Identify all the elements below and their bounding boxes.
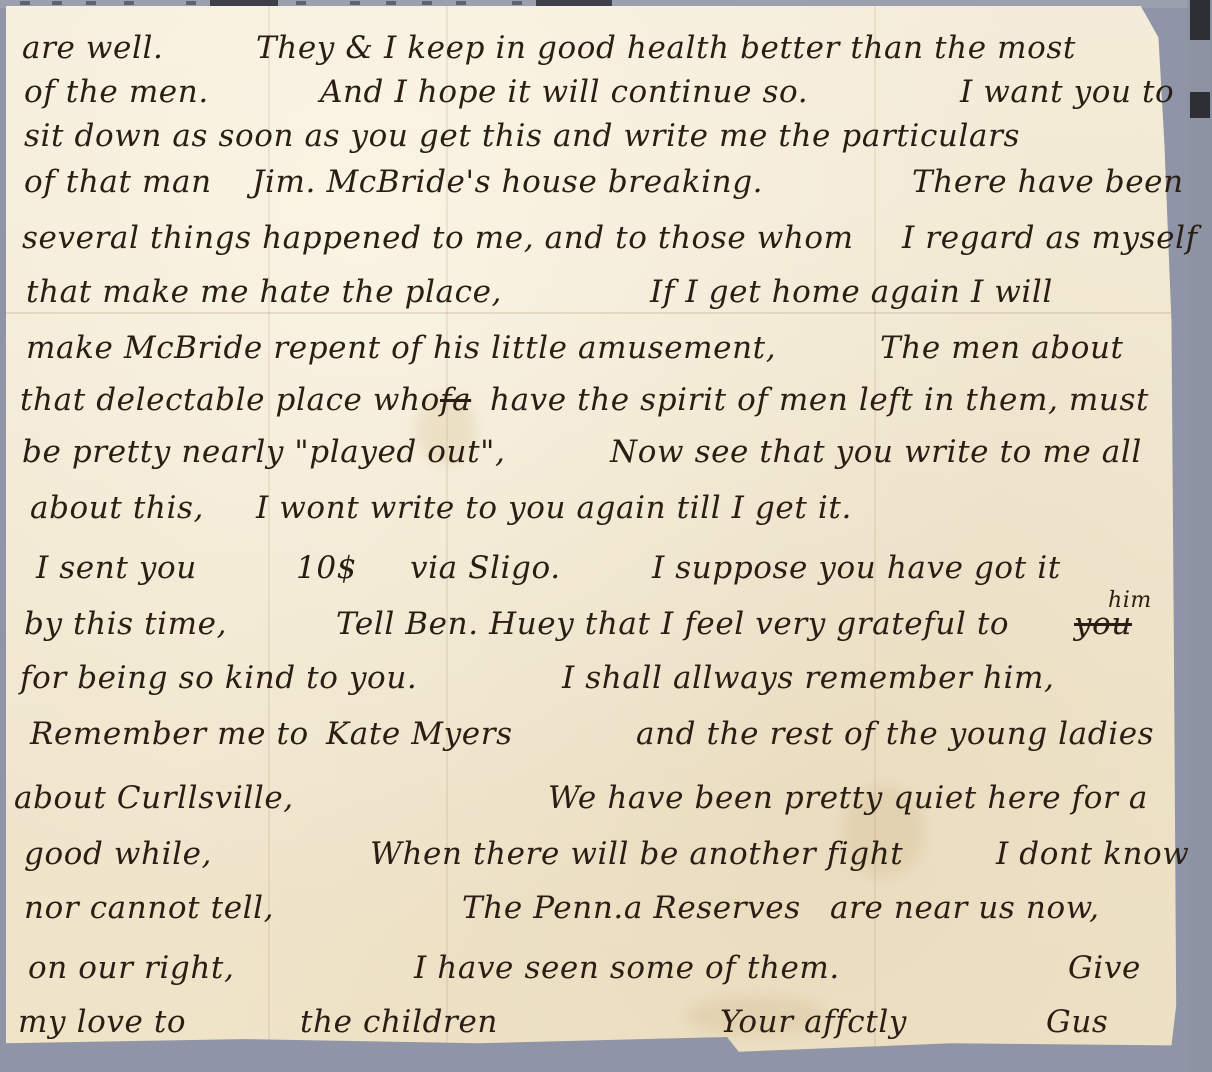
letter-line-1: are well. They & I keep in good health b…	[0, 30, 1190, 80]
text-segment: are well.	[22, 30, 163, 66]
letter-line-6: that make me hate the place, If I get ho…	[0, 274, 1190, 324]
text-segment: Jim. McBride's house breaking.	[252, 164, 763, 200]
text-segment: my love to	[18, 1004, 186, 1040]
text-segment: good while,	[24, 836, 212, 872]
closing-salutation: Your affctly	[720, 1004, 907, 1040]
letter-line-13: for being so kind to you. I shall allway…	[0, 660, 1190, 710]
name-text: Kate Myers	[326, 716, 513, 752]
letter-line-2: of the men. And I hope it will continue …	[0, 74, 1190, 124]
text-segment: The Penn.a Reserves	[462, 890, 801, 926]
text-segment: They & I keep in good health better than…	[256, 30, 1076, 66]
text-segment: of the men.	[24, 74, 209, 110]
letter-line-14: Remember me to Kate Myers and the rest o…	[0, 716, 1190, 766]
text-segment: by this time,	[24, 606, 227, 642]
scanner-tick	[186, 1, 196, 5]
scanner-tick	[386, 1, 396, 5]
text-segment: I regard as myself	[902, 220, 1198, 256]
letter-line-16: good while, When there will be another f…	[0, 836, 1190, 886]
letter-line-7: make McBride repent of his little amusem…	[0, 330, 1190, 380]
text-segment: via Sligo.	[410, 550, 561, 586]
text-segment: I dont know	[996, 836, 1189, 872]
scanner-tick	[456, 1, 466, 5]
scanner-tick	[350, 1, 360, 5]
scanner-block	[210, 0, 278, 6]
amount-text: 10$	[296, 550, 357, 586]
letter-line-17: nor cannot tell, The Penn.a Reserves are…	[0, 890, 1190, 940]
scanner-tick	[296, 1, 306, 5]
text-segment: for being so kind to you.	[20, 660, 417, 696]
scanner-tick	[20, 1, 30, 5]
text-segment: be pretty nearly "played out",	[22, 434, 505, 470]
letter-line-9: be pretty nearly "played out", Now see t…	[0, 434, 1190, 484]
text-segment: that make me hate the place,	[26, 274, 502, 310]
text-segment: If I get home again I will	[650, 274, 1053, 310]
text-segment: are near us now,	[830, 890, 1100, 926]
scanner-tick	[422, 1, 432, 5]
text-segment: Tell Ben. Huey that I feel very grateful…	[336, 606, 1009, 642]
scanner-slot	[1190, 0, 1210, 40]
text-segment: When there will be another fight	[370, 836, 903, 872]
inserted-word: him	[1108, 588, 1152, 613]
struck-out-word: fa	[440, 382, 471, 418]
letter-line-11: I sent you 10$ via Sligo. I suppose you …	[0, 550, 1190, 600]
text-segment: about this,	[30, 490, 204, 526]
text-segment: Give	[1068, 950, 1141, 986]
letter-line-4: of that man Jim. McBride's house breakin…	[0, 164, 1190, 214]
letter-line-3: sit down as soon as you get this and wri…	[0, 118, 1190, 168]
text-segment: make McBride repent of his little amusem…	[26, 330, 776, 366]
letter-line-5: several things happened to me, and to th…	[0, 220, 1190, 270]
text-segment: I sent you	[36, 550, 197, 586]
text-segment: There have been	[912, 164, 1184, 200]
scanner-tick	[124, 1, 134, 5]
text-segment: Remember me to	[30, 716, 309, 752]
letter-line-19: my love to the children Your affctly Gus	[0, 1004, 1190, 1054]
scanner-tick	[86, 1, 96, 5]
text-segment: of that man	[24, 164, 212, 200]
text-segment: the children	[300, 1004, 498, 1040]
text-segment: I want you to	[960, 74, 1174, 110]
letter-line-12: by this time, Tell Ben. Huey that I feel…	[0, 606, 1190, 656]
scanner-right-rail	[1188, 0, 1212, 1072]
scanner-tick	[52, 1, 62, 5]
text-segment: that delectable place who	[20, 382, 440, 418]
text-segment: have the spirit of men left in them, mus…	[490, 382, 1149, 418]
scanner-block	[536, 0, 612, 6]
text-segment: I suppose you have got it	[652, 550, 1061, 586]
text-segment: several things happened to me, and to th…	[22, 220, 854, 256]
text-segment: And I hope it will continue so.	[320, 74, 808, 110]
text-segment: I wont write to you again till I get it.	[256, 490, 852, 526]
letter-line-8: that delectable place who fa have the sp…	[0, 382, 1190, 432]
signature: Gus	[1046, 1004, 1108, 1040]
text-segment: We have been pretty quiet here for a	[548, 780, 1148, 816]
text-segment: on our right,	[28, 950, 234, 986]
text-segment: nor cannot tell,	[24, 890, 274, 926]
scanner-slot	[1190, 92, 1210, 118]
text-segment: I have seen some of them.	[414, 950, 840, 986]
letter-line-15: about Curllsville, We have been pretty q…	[0, 780, 1190, 830]
letter-line-18: on our right, I have seen some of them. …	[0, 950, 1190, 1000]
text-segment: The men about	[880, 330, 1124, 366]
scanner-tick	[512, 1, 522, 5]
text-segment: sit down as soon as you get this and wri…	[24, 118, 1020, 154]
text-segment: and the rest of the young ladies	[636, 716, 1154, 752]
text-segment: Now see that you write to me all	[610, 434, 1142, 470]
text-segment: I shall allways remember him,	[562, 660, 1054, 696]
letter-line-10: about this, I wont write to you again ti…	[0, 490, 1190, 540]
text-segment: about Curllsville,	[14, 780, 294, 816]
